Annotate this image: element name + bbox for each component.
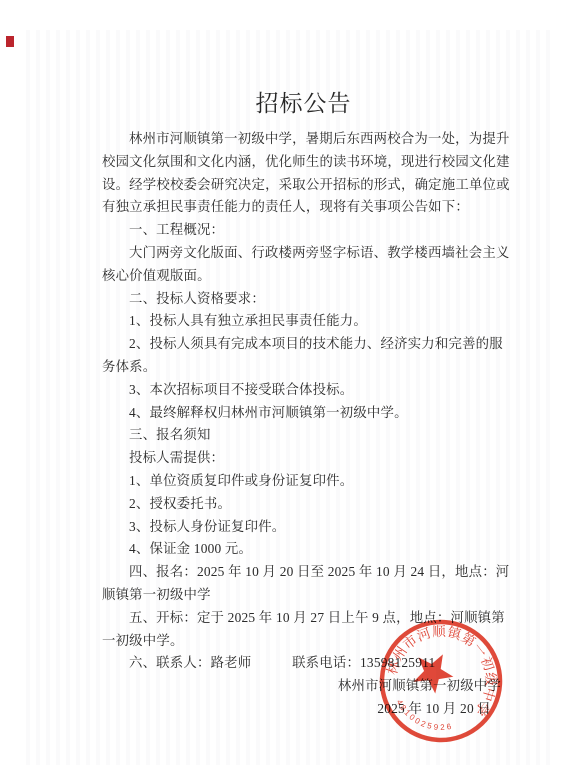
body-line: 投标人需提供： (102, 447, 505, 470)
section-heading: 四、报名：2025 年 10 月 20 日至 2025 年 10 月 24 日，… (102, 561, 505, 584)
contact-line: 六、联系人：路老师 联系电话：13598125911 (102, 652, 505, 675)
body-line: 林州市河顺镇第一初级中学，暑期后东西两校合为一处，为提升 (102, 128, 505, 151)
announcement-document: 招标公告 林州市河顺镇第一初级中学，暑期后东西两校合为一处，为提升 校园文化氛围… (102, 0, 505, 721)
body-line: 设。经学校校委会研究决定，采取公开招标的形式，确定施工单位或 (102, 174, 505, 197)
body-line: 核心价值观版面。 (102, 265, 505, 288)
section-heading: 一、工程概况： (102, 219, 505, 242)
list-item-continuation: 务体系。 (102, 356, 505, 379)
body-line: 校园文化氛围和文化内涵，优化师生的读书环境，现进行校园文化建 (102, 151, 505, 174)
list-item: 3、投标人身份证复印件。 (102, 516, 505, 539)
date-line: 2025 年 10 月 20 日 (102, 698, 505, 721)
list-item: 2、投标人须具有完成本项目的技术能力、经济实力和完善的服 (102, 333, 505, 356)
list-item: 1、单位资质复印件或身份证复印件。 (102, 470, 505, 493)
body-line: 有独立承担民事责任能力的责任人，现将有关事项公告如下： (102, 196, 505, 219)
red-corner-artifact (6, 36, 14, 47)
list-item: 2、授权委托书。 (102, 493, 505, 516)
section-heading: 五、开标：定于 2025 年 10 月 27 日上午 9 点，地点：河顺镇第 (102, 607, 505, 630)
signature-line: 林州市河顺镇第一初级中学 (102, 675, 505, 698)
body-line: 顺镇第一初级中学 (102, 584, 505, 607)
section-heading: 三、报名须知 (102, 424, 505, 447)
body-line: 大门两旁文化版面、行政楼两旁竖字标语、教学楼西墙社会主义 (102, 242, 505, 265)
list-item: 4、最终解释权归林州市河顺镇第一初级中学。 (102, 402, 505, 425)
section-heading: 二、投标人资格要求： (102, 288, 505, 311)
list-item: 1、投标人具有独立承担民事责任能力。 (102, 310, 505, 333)
list-item: 4、保证金 1000 元。 (102, 538, 505, 561)
body-line: 一初级中学。 (102, 630, 505, 653)
list-item: 3、本次招标项目不接受联合体投标。 (102, 379, 505, 402)
document-title: 招标公告 (102, 88, 505, 120)
